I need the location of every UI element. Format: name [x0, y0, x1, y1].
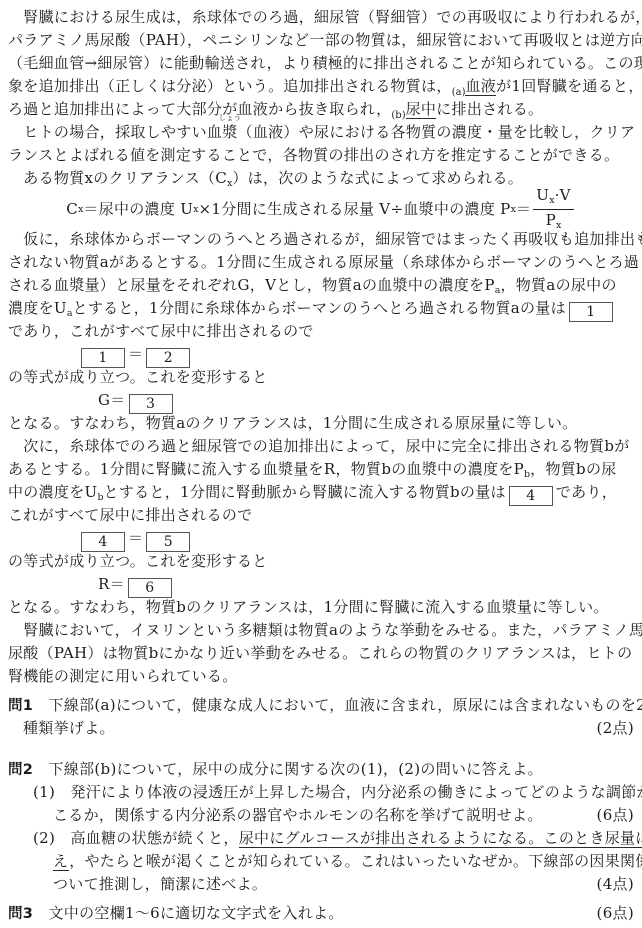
question-2-item-1-line-1: (1) 発汗により体液の浸透圧が上昇した場合，内分泌系の働きによってどのような調… [8, 781, 634, 804]
text-run: される血漿量）と尿量をそれぞれG，Vとし，物質aの血漿中の濃度をP [8, 276, 495, 294]
intro-line-4: 象を追加排出（正しくは分泌）という。追加排出される物質は，(a)血液が1回腎臓を… [8, 75, 634, 98]
text-run: となる。すなわち，物質aのクリアランスは，1分間に生成される原尿量に等しい。 [8, 414, 577, 432]
blank-box-1: 1 [569, 302, 613, 322]
blank-box-3: 3 [129, 394, 173, 414]
blank-box-5: 5 [146, 532, 190, 552]
points-label: (2点) [597, 717, 634, 740]
points-label: (6点) [597, 902, 634, 925]
annotation-label: (a) [452, 87, 466, 98]
text-run: とすると，1分間に腎動脈から腎臓に流入する物質bの量は [104, 483, 506, 501]
text-run: 下線部(b)について，尿中の成分に関する次の(1)，(2)の問いに答えよ。 [33, 760, 543, 778]
text-run: (1) 発汗により体液の浸透圧が上昇した場合，内分泌系の働きによってどのような調… [33, 783, 642, 801]
underlined-text: 尿中にグルコースが排出されるようになる。このとき尿量は増 [239, 829, 642, 848]
text-run: ろ過と追加排出によって大部分が血液から抜き取られ， [8, 100, 391, 118]
text-run: 種類挙げよ。 [23, 719, 115, 737]
exam-document-page: 腎臓における尿生成は，糸球体でのろ過，細尿管（腎細管）での再吸収により行われるが… [0, 0, 642, 925]
text-run: が1回腎臓を通ると， [496, 77, 642, 95]
ruby-text: しょう漿 [222, 121, 237, 144]
body-b-line-3: 中の濃度をUbとすると，1分間に腎動脈から腎臓に流入する物質bの量は4であり， [8, 481, 634, 504]
intro-line-5: ろ過と追加排出によって大部分が血液から抜き取られ，(b)尿中に排出される。 [8, 98, 634, 121]
text-run: ランスとよばれる値を測定することで，各物質の排出のされ方を推定することができる。 [8, 146, 619, 164]
text-run: ·V [555, 186, 571, 204]
text-run: ＝尿中の濃度 U [83, 198, 193, 221]
body-a-line-1: 仮に，糸球体からボーマンのうへとろ過されるが，細尿管ではまったく再吸収も追加排出… [8, 228, 634, 251]
body-b-line-4: これがすべて尿中に排出されるので [8, 504, 634, 527]
text-run: ，物質bの尿 [530, 460, 616, 478]
equation-4-5: 4＝5 [8, 527, 634, 550]
blank-box-6: 6 [128, 578, 172, 598]
question-3-line-1: 問3 文中の空欄1～6に適切な文字式を入れよ。(6点) [8, 902, 634, 925]
text-run: となる。すなわち，物質bのクリアランスは，1分間に腎臓に流入する血漿量に等しい。 [8, 598, 609, 616]
text-run: ヒトの場合，採取しやすい血 [8, 123, 222, 141]
text-run: 象を追加排出（正しくは分泌）という。追加排出される物質は， [8, 77, 452, 95]
text-run: 中の濃度をU [8, 483, 97, 501]
underlined-text: 尿中 [406, 100, 437, 119]
blank-box-1: 1 [81, 348, 125, 368]
text-run: これがすべて尿中に排出されるので [8, 506, 253, 524]
body-a-line-6: の等式が成り立つ。これを変形すると [8, 366, 634, 389]
clearance-formula: Cx＝尿中の濃度 Ux×1分間に生成される尿量 V÷血漿中の濃度 Px＝Ux·V… [8, 190, 634, 228]
underlined-text: え [53, 852, 69, 871]
text-run: ついて推測し，簡潔に述べよ。 [53, 875, 267, 893]
text-run: （血液）や尿における各物質の濃度・量を比較し，クリア [238, 123, 636, 141]
question-2-item-2-line-2: え，やたらと喉が渇くことが知られている。これはいったいなぜか。下線部の因果関係に [8, 850, 634, 873]
closing-line-3: 腎機能の測定に用いられている。 [8, 665, 634, 688]
body-a-line-3: される血漿量）と尿量をそれぞれG，Vとし，物質aの血漿中の濃度をPa，物質aの尿… [8, 274, 634, 297]
text-run: R＝ [98, 575, 125, 593]
text-run: G＝ [98, 391, 126, 409]
text-run: （毛細血管→細尿管）に能動輸送され，より積極的に排出されることが知られている。こ… [8, 54, 642, 72]
blank-box-4: 4 [509, 486, 553, 506]
question-number: 問1 [8, 698, 33, 714]
intro-line-3: （毛細血管→細尿管）に能動輸送され，より積極的に排出されることが知られている。こ… [8, 52, 634, 75]
points-label: (4点) [597, 873, 634, 896]
text-run: P [546, 211, 556, 229]
text-run: の等式が成り立つ。これを変形すると [8, 552, 268, 570]
text-run: ，物質aの尿中の [500, 276, 616, 294]
text-run: されない物質aがあるとする。1分間に生成される原尿量（糸球体からボーマンのうへと… [8, 253, 639, 271]
body-b-line-1: 次に，糸球体でのろ過と細尿管での追加排出によって，尿中に完全に排出される物質bが [8, 435, 634, 458]
body-a-line-5: であり，これがすべて尿中に排出されるので [8, 320, 634, 343]
fraction: Ux·VPx [533, 186, 574, 232]
text-run: ＝ [128, 529, 143, 547]
text-run: C [66, 198, 78, 221]
text-run: (2) 高血糖の状態が続くと， [33, 829, 239, 847]
closing-line-2: 尿酸（PAH）は物質bにかなり近い挙動をみせる。これらの物質のクリアランスは，ヒ… [8, 642, 634, 665]
text-run: ，やたらと喉が渇くことが知られている。これはいったいなぜか。下線部の因果関係に [69, 852, 642, 870]
question-2-item-2-line-1: (2) 高血糖の状態が続くと，尿中にグルコースが排出されるようになる。このとき尿… [8, 827, 634, 850]
body-b-line-6: となる。すなわち，物質bのクリアランスは，1分間に腎臓に流入する血漿量に等しい。 [8, 596, 634, 619]
question-1-line-2: 種類挙げよ。(2点) [8, 717, 634, 740]
body-b-line-5: の等式が成り立つ。これを変形すると [8, 550, 634, 573]
question-2-line-1: 問2 下線部(b)について，尿中の成分に関する次の(1)，(2)の問いに答えよ。 [8, 758, 634, 781]
fraction-numerator: Ux·V [533, 186, 574, 209]
question-number: 問2 [8, 762, 33, 778]
question-2-item-1-line-2: こるか，関係する内分泌系の器官やホルモンの名称を挙げて説明せよ。(6点) [8, 804, 634, 827]
text-run: 腎臓において，イヌリンという多糖類は物質aのような挙動をみせる。また，パラアミノ… [8, 621, 642, 639]
text-run: こるか，関係する内分泌系の器官やホルモンの名称を挙げて説明せよ。 [53, 806, 543, 824]
furigana: しょう [219, 114, 242, 122]
text-run: 腎機能の測定に用いられている。 [8, 667, 238, 685]
blank-box-4: 4 [81, 532, 125, 552]
text-run: パラアミノ馬尿酸（PAH），ペニシリンなど一部の物質は，細尿管において再吸収とは… [8, 31, 642, 49]
text-run: であり，これがすべて尿中に排出されるので [8, 322, 314, 340]
text-run: 文中の空欄1～6に適切な文字式を入れよ。 [33, 904, 343, 922]
text-run: あるとする。1分間に腎臓に流入する血漿量をR，物質bの血漿中の濃度をP [8, 460, 524, 478]
text-run: 腎臓における尿生成は，糸球体でのろ過，細尿管（腎細管）での再吸収により行われるが… [8, 8, 642, 26]
question-number: 問3 [8, 906, 33, 922]
question-1-line-1: 問1 下線部(a)について，健康な成人において，血液に含まれ，原尿には含まれない… [8, 694, 634, 717]
intro-line-6: ヒトの場合，採取しやすい血しょう漿（血液）や尿における各物質の濃度・量を比較し，… [8, 121, 634, 144]
text-run: ＝ [516, 198, 531, 221]
equation-g: G＝3 [8, 389, 634, 412]
equation-r: R＝6 [8, 573, 634, 596]
intro-line-1: 腎臓における尿生成は，糸球体でのろ過，細尿管（腎細管）での再吸収により行われるが… [8, 6, 634, 29]
text-run: U [536, 186, 549, 204]
text-run: とすると，1分間に糸球体からボーマンのうへとろ過される物質aの量は [73, 299, 566, 317]
text-run: 次に，糸球体でのろ過と細尿管での追加排出によって，尿中に完全に排出される物質bが [8, 437, 630, 455]
text-run: であり， [556, 483, 617, 501]
intro-line-7: ランスとよばれる値を測定することで，各物質の排出のされ方を推定することができる。 [8, 144, 634, 167]
body-a-line-4: 濃度をUaとすると，1分間に糸球体からボーマンのうへとろ過される物質aの量は1 [8, 297, 634, 320]
body-a-line-7: となる。すなわち，物質aのクリアランスは，1分間に生成される原尿量に等しい。 [8, 412, 634, 435]
body-b-line-2: あるとする。1分間に腎臓に流入する血漿量をR，物質bの血漿中の濃度をPb，物質b… [8, 458, 634, 481]
annotation-label: (b) [391, 110, 405, 121]
text-run: 濃度をU [8, 299, 67, 317]
equation-1-2: 1＝2 [8, 343, 634, 366]
underlined-text: 血液 [465, 77, 496, 96]
text-run: ＝ [128, 345, 143, 363]
text-run: 尿酸（PAH）は物質bにかなり近い挙動をみせる。これらの物質のクリアランスは，ヒ… [8, 644, 632, 662]
text-run: に排出される。 [436, 100, 543, 118]
text-run: ×1分間に生成される尿量 V÷血漿中の濃度 P [199, 198, 511, 221]
text-run: 仮に，糸球体からボーマンのうへとろ過されるが，細尿管ではまったく再吸収も追加排出… [8, 230, 642, 248]
text-run: の等式が成り立つ。これを変形すると [8, 368, 268, 386]
blank-box-2: 2 [146, 348, 190, 368]
body-a-line-2: されない物質aがあるとする。1分間に生成される原尿量（糸球体からボーマンのうへと… [8, 251, 634, 274]
closing-line-1: 腎臓において，イヌリンという多糖類は物質aのような挙動をみせる。また，パラアミノ… [8, 619, 634, 642]
points-label: (6点) [597, 804, 634, 827]
text-run: ）は，次のような式によって求められる。 [232, 169, 523, 187]
text-run: 下線部(a)について，健康な成人において，血液に含まれ，原尿には含まれないものを… [33, 696, 642, 714]
text-run: ある物質xのクリアランス（C [8, 169, 227, 187]
question-2-item-2-line-3: ついて推測し，簡潔に述べよ。(4点) [8, 873, 634, 896]
intro-line-2: パラアミノ馬尿酸（PAH），ペニシリンなど一部の物質は，細尿管において再吸収とは… [8, 29, 634, 52]
